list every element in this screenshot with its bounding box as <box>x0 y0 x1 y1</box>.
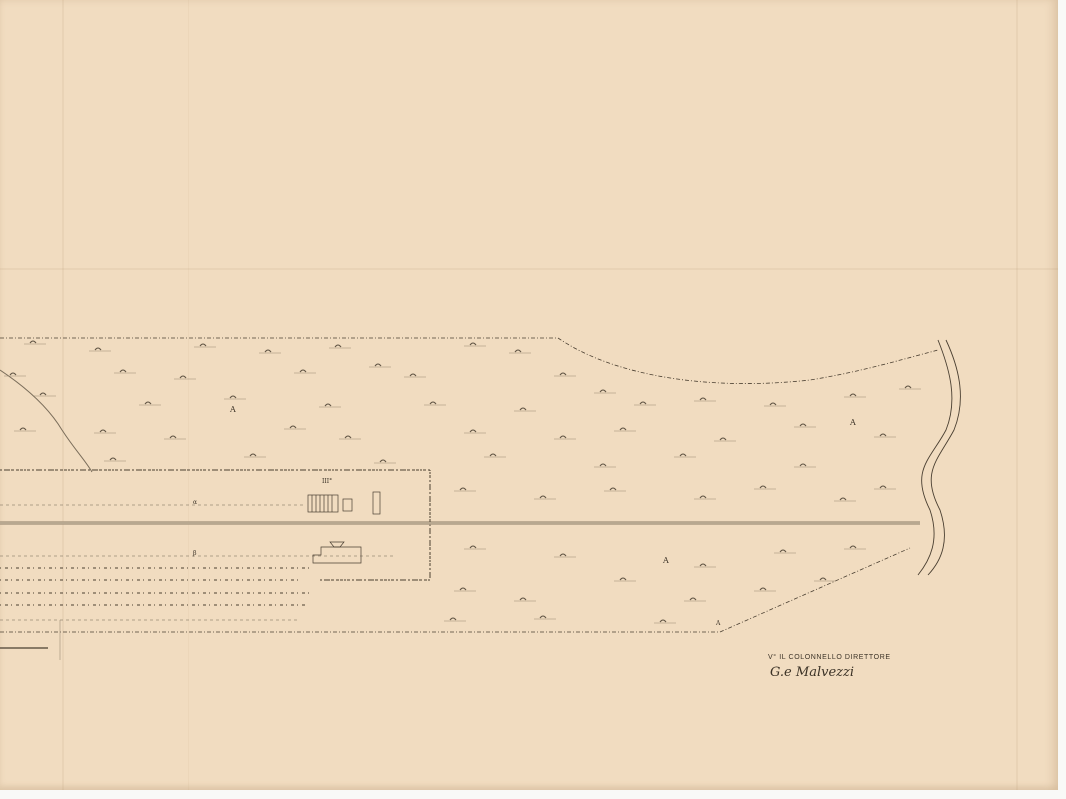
signature-title: V° IL COLONNELLO DIRETTORE <box>768 654 891 661</box>
signature-name: G.e Malvezzi <box>770 665 891 680</box>
region-label: A <box>663 556 669 565</box>
structure-label: α <box>193 499 197 506</box>
signature-block: V° IL COLONNELLO DIRETTORE G.e Malvezzi <box>768 654 891 680</box>
map-drawing <box>0 0 1066 799</box>
corner-label: A <box>716 620 720 627</box>
region-label: A <box>850 418 856 427</box>
map-sheet: A A A A III° β α V° IL COLONNELLO DIRETT… <box>0 0 1058 790</box>
region-label: A <box>230 405 236 414</box>
river <box>918 340 960 575</box>
boundary-line <box>0 338 938 632</box>
structure-label: III° <box>322 478 332 485</box>
enclosure <box>0 470 430 580</box>
structure-label: β <box>193 550 196 557</box>
vegetation-pattern <box>4 341 921 623</box>
hedge-rows <box>0 470 430 605</box>
track <box>0 370 92 472</box>
building-stairs <box>308 492 380 563</box>
